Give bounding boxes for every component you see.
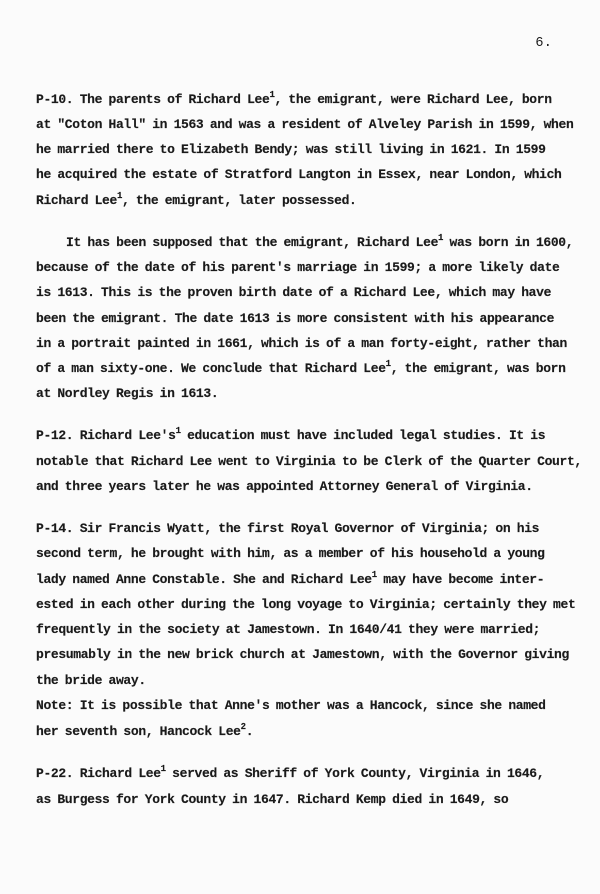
text-line: P-22. Richard Lee1 served as Sheriff of … [36,766,544,781]
document-page: 6. P-10. The parents of Richard Lee1, th… [0,0,600,894]
text-line: frequently in the society at Jamestown. … [36,622,540,637]
text-line: presumably in the new brick church at Ja… [36,647,569,662]
text-line: P-14. Sir Francis Wyatt, the first Royal… [36,521,539,536]
text-line: P-10. The parents of Richard Lee1, the e… [36,92,552,107]
text-line: been the emigrant. The date 1613 is more… [36,311,554,326]
text-line: second term, he brought with him, as a m… [36,546,545,561]
text-line: at Nordley Regis in 1613. [36,386,218,401]
text-line: her seventh son, Hancock Lee2. [36,724,253,739]
text-line: of a man sixty-one. We conclude that Ric… [36,361,566,376]
text-line: Richard Lee1, the emigrant, later posses… [36,193,356,208]
text-line: and three years later he was appointed A… [36,479,533,494]
text-line: at "Coton Hall" in 1563 and was a reside… [36,117,573,132]
page-number: 6. [535,36,552,51]
text-line: in a portrait painted in 1661, which is … [36,336,567,351]
text-line: It has been supposed that the emigrant, … [66,235,573,250]
text-line: lady named Anne Constable. She and Richa… [36,572,544,587]
text-line: P-12. Richard Lee's1 education must have… [36,428,545,443]
text-line: he married there to Elizabeth Bendy; was… [36,142,546,157]
text-line: because of the date of his parent's marr… [36,260,560,275]
text-line: as Burgess for York County in 1647. Rich… [36,792,508,807]
text-line: is 1613. This is the proven birth date o… [36,285,551,300]
text-line: the bride away. [36,673,146,688]
text-line: he acquired the estate of Stratford Lang… [36,167,562,182]
text-line: ested in each other during the long voya… [36,597,575,612]
text-line: Note: It is possible that Anne's mother … [36,698,546,713]
text-line: notable that Richard Lee went to Virgini… [36,454,582,469]
